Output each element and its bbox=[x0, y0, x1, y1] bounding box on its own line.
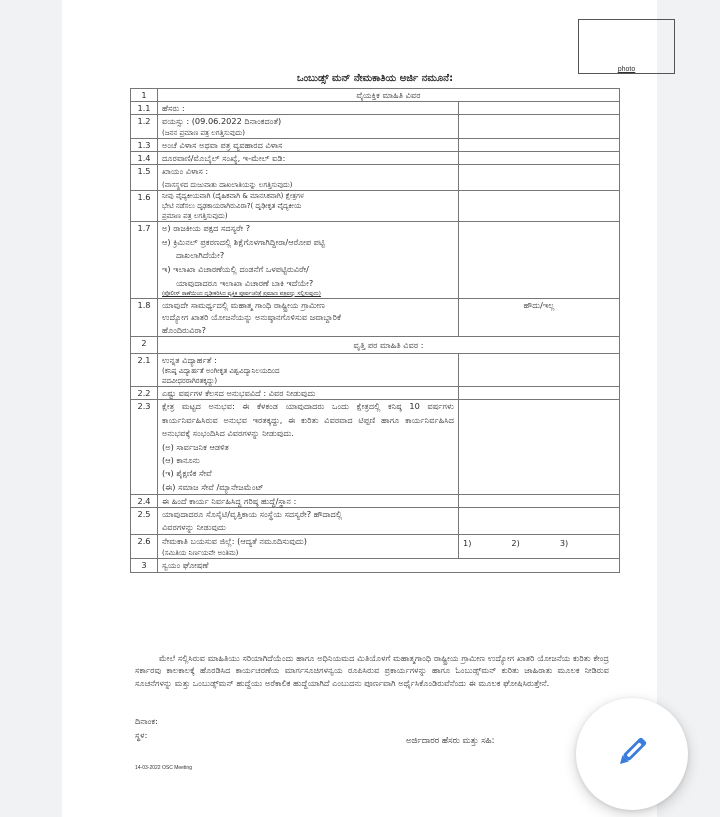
question-text: ನೇಮಕಾತಿ ಬಯಸುವ ಜಿಲ್ಲೆ: (ಆದ್ಯತೆ ನಮೂದಿಸುವುದ… bbox=[162, 535, 454, 548]
row-number: 2.6 bbox=[131, 535, 158, 559]
question-text: ಯಾವುದೇ ಸಾಮರ್ಥ್ಯದಲ್ಲಿ ಮಹಾತ್ಮ ಗಾಂಧಿ ರಾಷ್ಟ್… bbox=[162, 299, 454, 311]
row-number: 1.6 bbox=[131, 191, 158, 222]
table-row: 1.4 ದೂರವಾಣಿ/ಮೊಬೈಲ್ ಸಂಖ್ಯೆ, ಇ-ಮೇಲ್ ಐಡಿ: bbox=[131, 151, 620, 164]
question-field-experience: ಕ್ಷೇತ್ರ ಮಟ್ಟದ ಅನುಭವ: ಈ ಕೆಳಕಂಡ ಯಾವುದಾದರು … bbox=[158, 400, 459, 495]
table-row: 1.5 ಖಾಯಂ ವಿಳಾಸ : (ವಾಸಸ್ಥಳದ ದುಜುವಾತು ದಾಖಲ… bbox=[131, 165, 620, 191]
row-number: 2.3 bbox=[131, 400, 158, 495]
question-note: ಪ್ರಮಾಣ ಪತ್ರ ಲಗತ್ತಿಸುವುದು) bbox=[162, 211, 454, 221]
question-permanent-address: ಖಾಯಂ ವಿಳಾಸ : (ವಾಸಸ್ಥಳದ ದುಜುವಾತು ದಾಖಲಾತಿಯ… bbox=[158, 165, 459, 191]
answer-cell[interactable] bbox=[459, 151, 620, 164]
answer-cell[interactable]: 1) 2) 3) bbox=[459, 535, 620, 559]
table-row: 1.8 ಯಾವುದೇ ಸಾಮರ್ಥ್ಯದಲ್ಲಿ ಮಹಾತ್ಮ ಗಾಂಧಿ ರಾ… bbox=[131, 299, 620, 337]
district-choice-2[interactable]: 2) bbox=[511, 537, 519, 549]
table-row: 1.1 ಹೆಸರು : bbox=[131, 102, 620, 115]
question-postal-address: ಅಂಚೆ ವಿಳಾಸ ಅಥವಾ ಪತ್ರ ವ್ಯವಹಾರದ ವಿಳಾಸ bbox=[158, 138, 459, 151]
question-text: ಎಷ್ಟು ವರ್ಷಗಳ ಕೆಲಸದ ಅನುಭವವಿದೆ : ವಿವರ ನೀಡು… bbox=[162, 387, 454, 399]
question-text: ವಯಸ್ಸು : (09.06.2022 ದಿನಾಂಕದಂತೆ) bbox=[162, 115, 454, 127]
question-text: ದಾಖಲಾಗಿದೆಯೇ? bbox=[162, 249, 454, 263]
photo-label: photo bbox=[579, 66, 674, 73]
district-choice-3[interactable]: 3) bbox=[560, 537, 568, 549]
table-row: 2.4 ಈ ಹಿಂದೆ ಕಾರ್ಯ ನಿರ್ವಹಿಸಿದ್ದ ಗರಿಷ್ಠ ಹು… bbox=[131, 495, 620, 508]
application-form-table: 1 ವೈಯಕ್ತಿಕ ಮಾಹಿತಿ ವಿವರ 1.1 ಹೆಸರು : 1.2 ವ… bbox=[130, 88, 620, 573]
question-note: (ಕನಿಷ್ಠ ವಿದ್ಯಾರ್ಹತೆ ಅಂಗೀಕೃತ ವಿಶ್ವವಿದ್ಯಾನ… bbox=[162, 366, 454, 376]
question-text: ಯಾವುದಾದರೂ ಸೊಸೈಟಿ/ವೃತ್ತಿಕಾಯ ಸಂಸ್ಥೆಯ ಸದಸ್ಯ… bbox=[162, 508, 454, 521]
question-text: ಅ) ರಾಜಕೀಯ ಪಕ್ಷದ ಸದಸ್ಯರೇ ? bbox=[162, 222, 454, 236]
question-text: ಖಾಯಂ ವಿಳಾಸ : bbox=[162, 165, 454, 177]
question-text: ಆ) ಕ್ರಿಮಿನಲ್ ಪ್ರಕರಣದಲ್ಲಿ ಶಿಕ್ಷೆಗೊಳಗಾಗಿದ್… bbox=[162, 236, 454, 250]
question-education: ಉನ್ನತ ವಿದ್ಯಾರ್ಹತೆ : (ಕನಿಷ್ಠ ವಿದ್ಯಾರ್ಹತೆ … bbox=[158, 354, 459, 387]
table-row: 2.1 ಉನ್ನತ ವಿದ್ಯಾರ್ಹತೆ : (ಕನಿಷ್ಠ ವಿದ್ಯಾರ್… bbox=[131, 354, 620, 387]
section-number: 3 bbox=[131, 559, 158, 572]
photo-box: photo bbox=[578, 19, 675, 74]
question-age: ವಯಸ್ಸು : (09.06.2022 ದಿನಾಂಕದಂತೆ) (ಜನನ ಪ್… bbox=[158, 115, 459, 138]
footer-note: 14-03-2022 OSC Meeting bbox=[135, 765, 192, 771]
section-title: ವೃತ್ತಿ ಪರ ಮಾಹಿತಿ ವಿವರ : bbox=[158, 336, 620, 353]
question-text: ಉನ್ನತ ವಿದ್ಯಾರ್ಹತೆ : bbox=[162, 354, 454, 366]
answer-cell[interactable] bbox=[459, 191, 620, 222]
question-mgnrega-responsibility: ಯಾವುದೇ ಸಾಮರ್ಥ್ಯದಲ್ಲಿ ಮಹಾತ್ಮ ಗಾಂಧಿ ರಾಷ್ಟ್… bbox=[158, 299, 459, 337]
table-row: 2.2 ಎಷ್ಟು ವರ್ಷಗಳ ಕೆಲಸದ ಅನುಭವವಿದೆ : ವಿವರ … bbox=[131, 387, 620, 400]
district-choice-1[interactable]: 1) bbox=[463, 537, 471, 549]
answer-cell[interactable] bbox=[459, 400, 620, 495]
row-number: 1.4 bbox=[131, 151, 158, 164]
question-text: ಕ್ಷೇತ್ರ ಮಟ್ಟದ ಅನುಭವ: ಈ ಕೆಳಕಂಡ ಯಾವುದಾದರು … bbox=[162, 400, 454, 440]
row-number: 1.1 bbox=[131, 102, 158, 115]
question-text: ಹೆಸರು : bbox=[162, 102, 454, 114]
answer-cell[interactable] bbox=[459, 354, 620, 387]
question-note: (ಸಮಿತಿಯ ನಿರ್ಣಯವೇ ಅಂತಿಮ) bbox=[162, 548, 454, 558]
table-row: 1.3 ಅಂಚೆ ವಿಳಾಸ ಅಥವಾ ಪತ್ರ ವ್ಯವಹಾರದ ವಿಳಾಸ bbox=[131, 138, 620, 151]
row-number: 1.2 bbox=[131, 115, 158, 138]
place-label: ಸ್ಥಳ: bbox=[135, 730, 147, 741]
section-header: 3 ಸ್ವಯಂ ಘೋಷಣೆ bbox=[131, 559, 620, 572]
form-title: ಒಂಬುಡ್ಸ್ ಮನ್ ನೇಮಕಾತಿಯ ಅರ್ಜಿ ನಮೂನೆ: bbox=[130, 73, 620, 84]
section-number: 2 bbox=[131, 336, 158, 353]
option-law: (ಆ) ಕಾನೂನು bbox=[162, 454, 454, 467]
question-name: ಹೆಸರು : bbox=[158, 102, 459, 115]
question-note: (ವಾಸಸ್ಥಳದ ದುಜುವಾತು ದಾಖಲಾತಿಯನ್ನು ಲಗತ್ತಿಸು… bbox=[162, 177, 454, 190]
question-background: ಅ) ರಾಜಕೀಯ ಪಕ್ಷದ ಸದಸ್ಯರೇ ? ಆ) ಕ್ರಿಮಿನಲ್ ಪ… bbox=[158, 222, 459, 299]
row-number: 1.8 bbox=[131, 299, 158, 337]
row-number: 2.2 bbox=[131, 387, 158, 400]
question-text: ಇ) ಇಲಾಖಾ ವಿಚಾರಣೆಯಲ್ಲಿ ದಂಡನೆಗೆ ಒಳಪಟ್ಟಿರುವ… bbox=[162, 263, 454, 277]
table-row: 1.2 ವಯಸ್ಸು : (09.06.2022 ದಿನಾಂಕದಂತೆ) (ಜನ… bbox=[131, 115, 620, 138]
row-number: 2.4 bbox=[131, 495, 158, 508]
answer-cell[interactable] bbox=[459, 102, 620, 115]
row-number: 1.7 bbox=[131, 222, 158, 299]
table-row: 2.6 ನೇಮಕಾತಿ ಬಯಸುವ ಜಿಲ್ಲೆ: (ಆದ್ಯತೆ ನಮೂದಿಸ… bbox=[131, 535, 620, 559]
pencil-icon bbox=[612, 732, 652, 776]
row-number: 1.3 bbox=[131, 138, 158, 151]
option-public-administration: (ಅ) ಸಾರ್ವಜನಿಕ ಆಡಳಿತ bbox=[162, 441, 454, 454]
answer-cell[interactable] bbox=[459, 165, 620, 191]
question-medical-fitness: ನೀವು ವೈದ್ಯಕೀಯವಾಗಿ (ದೈಹಿಕವಾಗಿ & ಮಾನಸಿಕವಾಗ… bbox=[158, 191, 459, 222]
question-note: (ಜನನ ಪ್ರಮಾಣ ಪತ್ರ ಲಗತ್ತಿಸುವುದು) bbox=[162, 128, 454, 138]
option-social-service: (ಈ) ಸಮಾಜ ಸೇವೆ /ಮ್ಯಾನೇಜಮೆಂಟ್ bbox=[162, 481, 454, 494]
question-experience-years: ಎಷ್ಟು ವರ್ಷಗಳ ಕೆಲಸದ ಅನುಭವವಿದೆ : ವಿವರ ನೀಡು… bbox=[158, 387, 459, 400]
question-note: ಪದವೀಧರರಾಗಿರತಕ್ಕದ್ದು) bbox=[162, 376, 454, 386]
answer-cell[interactable] bbox=[459, 115, 620, 138]
answer-cell[interactable] bbox=[459, 508, 620, 535]
question-text: ಈ ಹಿಂದೆ ಕಾರ್ಯ ನಿರ್ವಹಿಸಿದ್ದ ಗರಿಷ್ಠ ಹುದ್ದೆ… bbox=[162, 495, 454, 507]
edit-button[interactable] bbox=[576, 698, 688, 810]
answer-cell[interactable] bbox=[459, 138, 620, 151]
row-number: 2.5 bbox=[131, 508, 158, 535]
question-text: ದೂರವಾಣಿ/ಮೊಬೈಲ್ ಸಂಖ್ಯೆ, ಇ-ಮೇಲ್ ಐಡಿ: bbox=[162, 152, 454, 164]
section-header: 1 ವೈಯಕ್ತಿಕ ಮಾಹಿತಿ ವಿವರ bbox=[131, 89, 620, 102]
question-note: (ಪೊಲೀಸ್ ಠಾಣೆಯಿಂದ ದೃಢೀಕರಿಸಿದ ವ್ಯಕ್ತಿಕ ಪೂರ… bbox=[162, 290, 454, 298]
question-society-membership: ಯಾವುದಾದರೂ ಸೊಸೈಟಿ/ವೃತ್ತಿಕಾಯ ಸಂಸ್ಥೆಯ ಸದಸ್ಯ… bbox=[158, 508, 459, 535]
answer-cell[interactable] bbox=[459, 222, 620, 299]
section-title: ವೈಯಕ್ತಿಕ ಮಾಹಿತಿ ವಿವರ bbox=[158, 89, 620, 102]
answer-cell[interactable] bbox=[459, 495, 620, 508]
question-text: ಯಾವುದಾದರೂ ಇಲಾಖಾ ವಿಚಾರಣೆ ಬಾಕಿ ಇದೆಯೇ? bbox=[162, 277, 454, 291]
table-row: 1.7 ಅ) ರಾಜಕೀಯ ಪಕ್ಷದ ಸದಸ್ಯರೇ ? ಆ) ಕ್ರಿಮಿನ… bbox=[131, 222, 620, 299]
question-highest-post: ಈ ಹಿಂದೆ ಕಾರ್ಯ ನಿರ್ವಹಿಸಿದ್ದ ಗರಿಷ್ಠ ಹುದ್ದೆ… bbox=[158, 495, 459, 508]
section-number: 1 bbox=[131, 89, 158, 102]
table-row: 2.5 ಯಾವುದಾದರೂ ಸೊಸೈಟಿ/ವೃತ್ತಿಕಾಯ ಸಂಸ್ಥೆಯ ಸ… bbox=[131, 508, 620, 535]
date-label: ದಿನಾಂಕ: bbox=[135, 716, 158, 727]
yes-no-option: ಹೌದು/ಇಲ್ಲ bbox=[524, 300, 555, 310]
signature-label: ಅರ್ಜಿದಾರರ ಹೆಸರು ಮತ್ತು ಸಹಿ: bbox=[406, 736, 494, 746]
option-education-service: (ಇ) ಶೈಕ್ಷಣಿಕ ಸೇವೆ bbox=[162, 467, 454, 480]
answer-cell[interactable]: ಹೌದು/ಇಲ್ಲ bbox=[459, 299, 620, 337]
table-row: 2.3 ಕ್ಷೇತ್ರ ಮಟ್ಟದ ಅನುಭವ: ಈ ಕೆಳಕಂಡ ಯಾವುದಾ… bbox=[131, 400, 620, 495]
question-preferred-district: ನೇಮಕಾತಿ ಬಯಸುವ ಜಿಲ್ಲೆ: (ಆದ್ಯತೆ ನಮೂದಿಸುವುದ… bbox=[158, 535, 459, 559]
row-number: 2.1 bbox=[131, 354, 158, 387]
question-contact: ದೂರವಾಣಿ/ಮೊಬೈಲ್ ಸಂಖ್ಯೆ, ಇ-ಮೇಲ್ ಐಡಿ: bbox=[158, 151, 459, 164]
table-row: 1.6 ನೀವು ವೈದ್ಯಕೀಯವಾಗಿ (ದೈಹಿಕವಾಗಿ & ಮಾನಸಿ… bbox=[131, 191, 620, 222]
row-number: 1.5 bbox=[131, 165, 158, 191]
answer-cell[interactable] bbox=[459, 387, 620, 400]
section-header: 2 ವೃತ್ತಿ ಪರ ಮಾಹಿತಿ ವಿವರ : bbox=[131, 336, 620, 353]
section-title-self-declaration: ಸ್ವಯಂ ಘೋಷಣೆ bbox=[158, 559, 620, 572]
question-text: ಹೊಂದಿರುವಿರಾ? bbox=[162, 324, 454, 336]
question-text: ಭೇಟಿ ನಡೆಸಲು ದೃಢಕಾಯರಾಗಿರುವಿರಾ?( ದೃಢೀಕೃತ ವ… bbox=[162, 201, 454, 211]
question-text: ಅಂಚೆ ವಿಳಾಸ ಅಥವಾ ಪತ್ರ ವ್ಯವಹಾರದ ವಿಳಾಸ bbox=[162, 139, 454, 151]
question-text: ಉದ್ಯೋಗ ಖಾತರಿ ಯೋಜನೆಯನ್ನು ಅನುಷ್ಠಾನಗೊಳಿಸುವ … bbox=[162, 311, 454, 323]
self-declaration-text: ಮೇಲೆ ಸಲ್ಲಿಸಿರುವ ಮಾಹಿತಿಯು ಸರಿಯಾಗಿದೆಯೆಂದು … bbox=[135, 652, 609, 689]
question-text: ವಿವರಗಳನ್ನು ನೀಡುವುದು bbox=[162, 521, 454, 534]
question-text: ನೀವು ವೈದ್ಯಕೀಯವಾಗಿ (ದೈಹಿಕವಾಗಿ & ಮಾನಸಿಕವಾಗ… bbox=[162, 191, 454, 201]
